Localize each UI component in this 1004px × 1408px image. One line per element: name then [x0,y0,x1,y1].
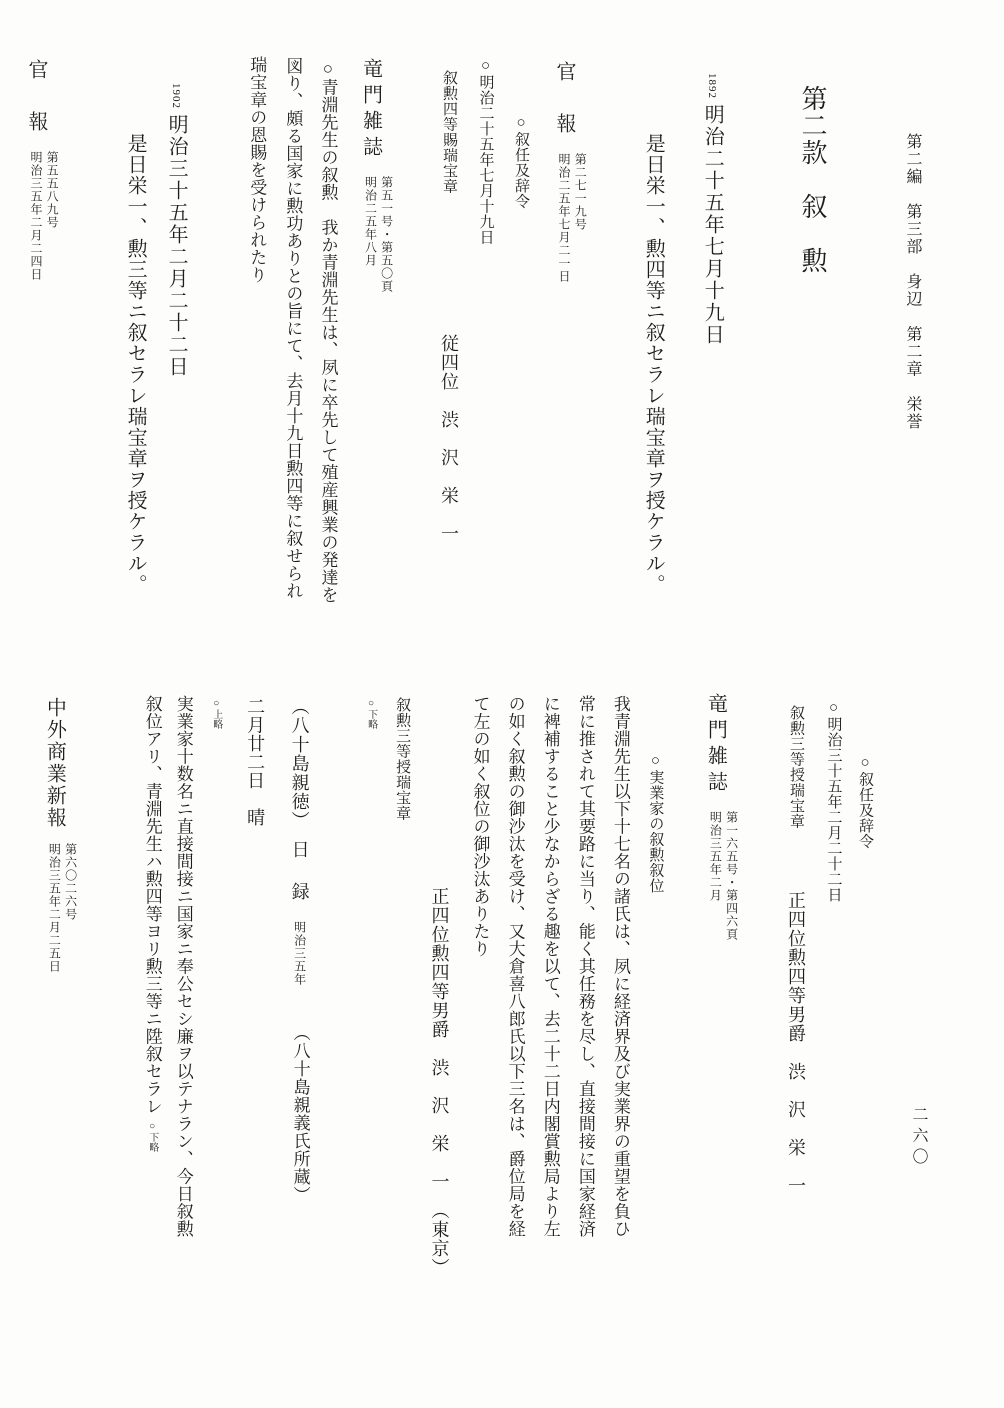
diary-omit-start: ○上略 [210,690,223,1305]
kanpo-1902-recipient: 正四位勲四等男爵 渋 沢 栄 一 [786,891,806,1195]
entry-1902-date-column: 1902明治三十五年二月二十二日 [163,55,189,647]
diary-author: （八十島親徳） [290,697,310,830]
ryumon-1892-issue: 第五一号・第五〇頁 [378,176,394,293]
kanpo-1902-decree-column: 叙勲三等授瑞宝章正四位勲四等男爵 渋 沢 栄 一 [784,690,807,1305]
kanpo-1892-source-column: 官 報第二七一九号明治二五年七月二一日 [551,55,588,647]
ryumon-1902-line-1: 我青淵先生以下十七名の諸氏は、夙に経済界及び実業界の重望を負ひ [609,690,631,1305]
ryumon-1902-citation: 第一六五号・第四六頁明治三五年二月 [707,811,739,941]
ryumon-1902-line-5: て左の如く叙位の御沙汰ありたり [468,690,490,1305]
ryumon-1902-issue: 第一六五号・第四六頁 [723,811,739,941]
kanpo-1902-source-title: 官 報 [25,59,47,137]
section-title: 第二款 叙 勲 [795,55,829,647]
ryumon-1892-issue-date: 明治二五年八月 [362,176,378,293]
kanpo-1892-subhead: ○叙任及辞令 [511,55,531,647]
kanpo-1902-decree: 叙勲三等授瑞宝章 [788,705,804,829]
entry-1892-date-column: 1892明治二十五年七月十九日 [699,55,725,647]
diary-period: 明治三五年 [293,921,307,986]
chugai-source-title: 中外商業新報 [43,697,65,829]
ryumon-1902-issue-date: 明治三五年二月 [707,811,723,941]
entry-1892-date: 明治二十五年七月十九日 [701,104,723,346]
ryumon-1892-citation: 第五一号・第五〇頁明治二五年八月 [362,176,394,293]
book-page: 第二編 第三部 身辺 第二章 栄誉 二六〇 第二款 叙 勲 1892明治二十五年… [0,0,1004,1408]
diary-line-1: 実業家十数名ニ直接間接ニ国家ニ奉公セシ廉ヲ以テナラン、今日叙勲 [172,690,194,1305]
kanpo-1892-source-title: 官 報 [553,61,575,139]
entry-1902-body: 是日栄一、勲三等ニ叙セラレ瑞宝章ヲ授ケラル。 [122,55,148,647]
ryumon-1892-line-2: 図り、頗る国家に勲功ありとの旨にて、去月十九日勲四等に叙せられ [281,55,303,647]
kanpo-1892-issue-date: 明治二五年七月二一日 [556,153,572,283]
kanpo-1902-citation: 第五五八九号明治三五年二月二四日 [28,151,60,281]
kanpo-1902-dateline: ○明治三十五年二月二十二日 [823,690,843,1305]
page-number: 二六〇 [908,1106,928,1169]
entry-1902-date: 明治三十五年二月二十二日 [165,114,187,378]
running-head: 第二編 第三部 身辺 第二章 栄誉 [902,133,922,431]
top-text-block: 第二款 叙 勲 1892明治二十五年七月十九日 是日栄一、勲四等ニ叙セラレ瑞宝章… [23,55,829,647]
diary-line-2: 叙位アリ、青淵先生ハ勲四等ヨリ勲三等ニ陞叙セラレ [143,695,162,1115]
ryumon-1892-source-column: 竜門雑誌第五一号・第五〇頁明治二五年八月 [357,55,394,647]
ryumon-1902-omit-end: ○下略 [365,690,378,1305]
ryumon-1902-line-3: に裨補すること少なからざる趣を以て、去二十二日内閣賞勲局より左 [539,690,561,1305]
kanpo-1892-decree-column: 叙勲四等賜瑞宝章従四位 渋 沢 栄 一 [437,55,460,647]
kanpo-1902-issue-date: 明治三五年二月二四日 [28,151,44,281]
diary-source-column: （八十島親徳）日 録明治三五年（八十島親義氏所蔵） [287,690,310,1305]
kanpo-1892-decree: 叙勲四等賜瑞宝章 [441,70,457,194]
ryumon-1902-recipient: 正四位勲四等男爵 渋 沢 栄 一 （東京） [427,690,450,1305]
kanpo-1902-source-column: 官 報第五五八九号明治三五年二月二四日 [23,55,60,647]
ryumon-1902-subhead: ○実業家の叙勲叙位 [645,690,665,1305]
diary-owner: （八十島親義氏所蔵） [291,1024,310,1204]
bottom-text-block: ○叙任及辞令 ○明治三十五年二月二十二日 叙勲三等授瑞宝章正四位勲四等男爵 渋 … [41,690,874,1305]
kanpo-1892-dateline: ○明治二十五年七月十九日 [475,55,495,647]
ryumon-1902-line-2: 常に推されて其要路に当り、能く其任務を尽し、直接間接に国家経済 [574,690,596,1305]
ryumon-1902-line-4: の如く叙勲の御沙汰を受け、又大倉喜八郎氏以下三名は、爵位局を経 [504,690,526,1305]
entry-1902-year: 1902 [170,83,182,109]
entry-1892-year: 1892 [706,73,718,99]
diary-line-2-column: 叙位アリ、青淵先生ハ勲四等ヨリ勲三等ニ陞叙セラレ○下略 [141,690,163,1305]
chugai-citation: 第六〇二六号明治三五年二月二五日 [46,843,78,973]
ryumon-1902-source-column: 竜門雑誌第一六五号・第四六頁明治三五年二月 [702,690,739,1305]
chugai-source-column: 中外商業新報第六〇二六号明治三五年二月二五日 [41,690,78,1305]
ryumon-1892-line-3: 瑞宝章の恩賜を受けられたり [245,55,267,647]
ryumon-1902-decree: 叙勲三等授瑞宝章 [392,690,412,1305]
diary-title: 日 録 [290,840,310,903]
kanpo-1892-issue: 第二七一九号 [572,153,588,283]
kanpo-1902-issue: 第五五八九号 [44,151,60,281]
diary-dateline: 二月廿二日 晴 [243,690,266,1305]
ryumon-1892-line-1: ○青淵先生の叙勲 我か青淵先生は、夙に卒先して殖産興業の発達を [316,55,338,647]
chugai-issue: 第六〇二六号 [62,843,78,973]
entry-1892-body: 是日栄一、勲四等ニ叙セラレ瑞宝章ヲ授ケラル。 [640,55,666,647]
ryumon-1902-source-title: 竜門雑誌 [704,693,726,797]
chugai-issue-date: 明治三五年二月二五日 [46,843,62,973]
kanpo-1892-citation: 第二七一九号明治二五年七月二一日 [556,153,588,283]
ryumon-1892-source-title: 竜門雑誌 [359,58,381,162]
kanpo-1902-subhead: ○叙任及辞令 [855,690,875,1305]
kanpo-1892-recipient: 従四位 渋 沢 栄 一 [439,334,459,543]
diary-omit-end: ○下略 [147,1121,158,1152]
